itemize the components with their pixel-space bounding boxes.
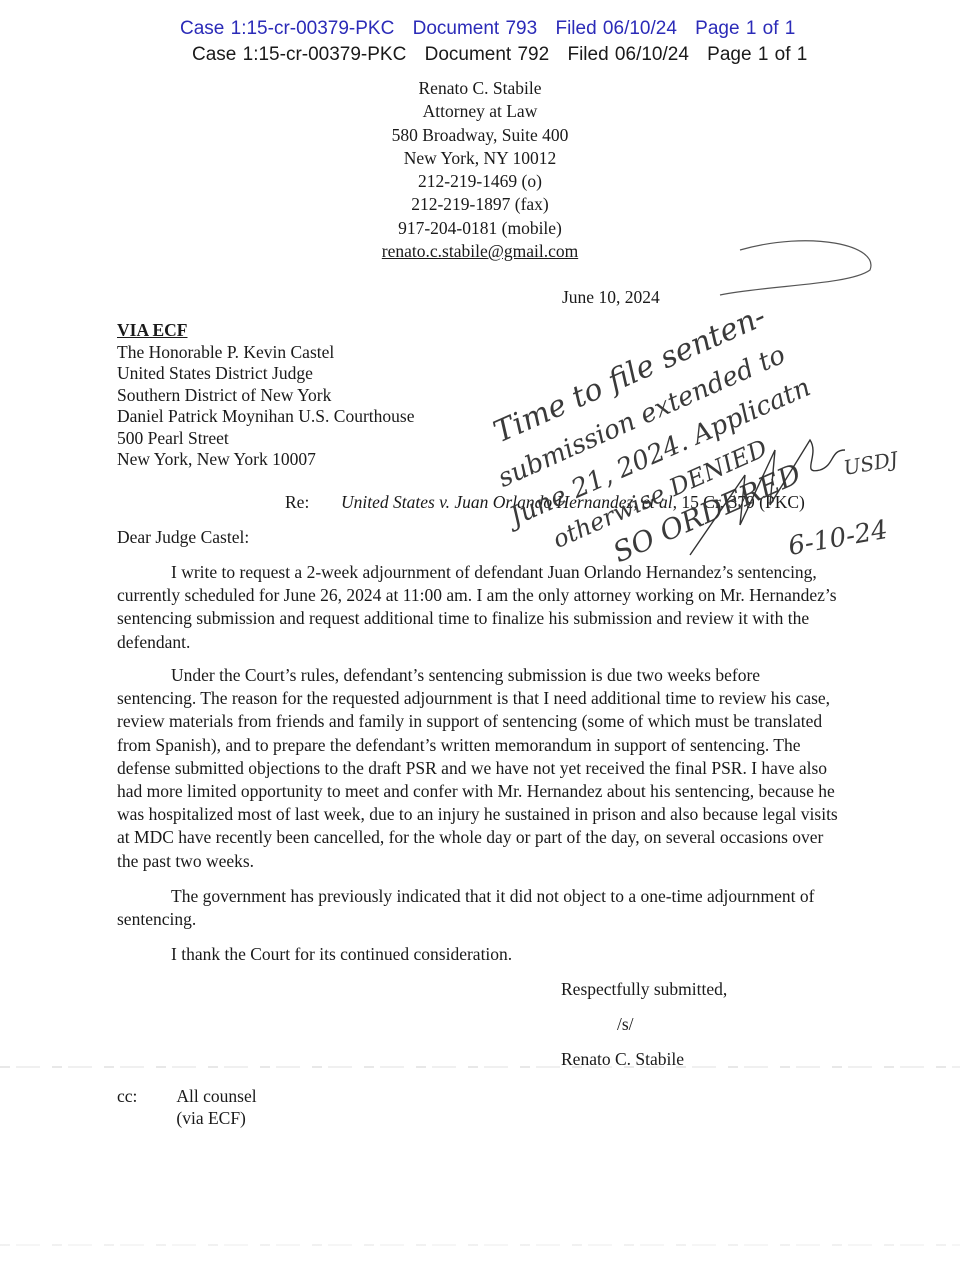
address-line-1: 580 Broadway, Suite 400 xyxy=(330,124,630,147)
scan-artifact-line xyxy=(0,1244,960,1246)
re-line: Re:United States v. Juan Orlando Hernand… xyxy=(285,492,805,513)
filed-date: Filed 06/10/24 xyxy=(555,18,676,39)
cc-label: cc: xyxy=(117,1085,172,1107)
ecf-header-stamp-black: Case 1:15-cr-00379-PKC Document 792 File… xyxy=(186,44,813,66)
scan-artifact-line xyxy=(0,1066,960,1068)
phone-mobile: 917-204-0181 (mobile) xyxy=(330,217,630,240)
addressee-line: The Honorable P. Kevin Castel xyxy=(117,342,414,364)
closing-phrase: Respectfully submitted, xyxy=(561,979,727,1000)
salutation: Dear Judge Castel: xyxy=(117,527,249,548)
address-line-2: New York, NY 10012 xyxy=(330,147,630,170)
attorney-title: Attorney at Law xyxy=(330,100,630,123)
page-count: Page 1 of 1 xyxy=(707,44,807,65)
addressee-line: Southern District of New York xyxy=(117,385,414,407)
letterhead: Renato C. Stabile Attorney at Law 580 Br… xyxy=(330,77,630,263)
cc-recipient: All counsel xyxy=(176,1085,256,1107)
body-paragraph: Under the Court’s rules, defendant’s sen… xyxy=(117,664,841,873)
addressee-line: New York, New York 10007 xyxy=(117,449,414,471)
electronic-signature: /s/ xyxy=(617,1014,634,1035)
delivery-method: VIA ECF xyxy=(117,320,414,342)
paragraph-text: Under the Court’s rules, defendant’s sen… xyxy=(117,664,841,873)
endorsement-date: 6-10-24 xyxy=(786,515,890,562)
paragraph-text: The government has previously indicated … xyxy=(117,885,841,931)
document-number: Document 792 xyxy=(425,44,550,65)
cc-recipient: (via ECF) xyxy=(176,1107,256,1129)
attorney-name: Renato C. Stabile xyxy=(330,77,630,100)
case-docket: 15 Cr. 379 (PKC) xyxy=(677,492,805,512)
body-paragraph: I write to request a 2-week adjournment … xyxy=(117,561,841,654)
page-count: Page 1 of 1 xyxy=(695,18,795,39)
endorsement-line: Time to file senten- xyxy=(490,299,771,450)
body-paragraph: I thank the Court for its continued cons… xyxy=(117,943,841,966)
pen-stroke xyxy=(720,241,871,295)
paragraph-text: I thank the Court for its continued cons… xyxy=(117,943,841,966)
phone-office: 212-219-1469 (o) xyxy=(330,170,630,193)
addressee-line: 500 Pearl Street xyxy=(117,428,414,450)
case-number: Case 1:15-cr-00379-PKC xyxy=(192,44,406,65)
case-caption: United States v. Juan Orlando Hernandez,… xyxy=(341,492,677,512)
re-label: Re: xyxy=(285,492,341,513)
document-number: Document 793 xyxy=(413,18,538,39)
handwriting-svg: Time to file senten- submission extended… xyxy=(490,225,960,565)
filed-date: Filed 06/10/24 xyxy=(567,44,688,65)
cc-block: cc: All counsel (via ECF) xyxy=(117,1085,257,1129)
paragraph-text: I write to request a 2-week adjournment … xyxy=(117,561,841,654)
case-number: Case 1:15-cr-00379-PKC xyxy=(180,18,394,39)
ecf-header-stamp-blue: Case 1:15-cr-00379-PKC Document 793 File… xyxy=(174,18,801,40)
handwritten-endorsement: Time to file senten- submission extended… xyxy=(490,225,960,565)
endorsement-title: USDJ xyxy=(842,447,901,480)
body-paragraph: The government has previously indicated … xyxy=(117,885,841,931)
letter-date: June 10, 2024 xyxy=(562,287,660,308)
email-link[interactable]: renato.c.stabile@gmail.com xyxy=(330,240,630,263)
addressee-line: United States District Judge xyxy=(117,363,414,385)
addressee-line: Daniel Patrick Moynihan U.S. Courthouse xyxy=(117,406,414,428)
addressee-block: VIA ECF The Honorable P. Kevin Castel Un… xyxy=(117,320,414,471)
endorsement-line: submission extended to xyxy=(494,340,790,494)
phone-fax: 212-219-1897 (fax) xyxy=(330,193,630,216)
